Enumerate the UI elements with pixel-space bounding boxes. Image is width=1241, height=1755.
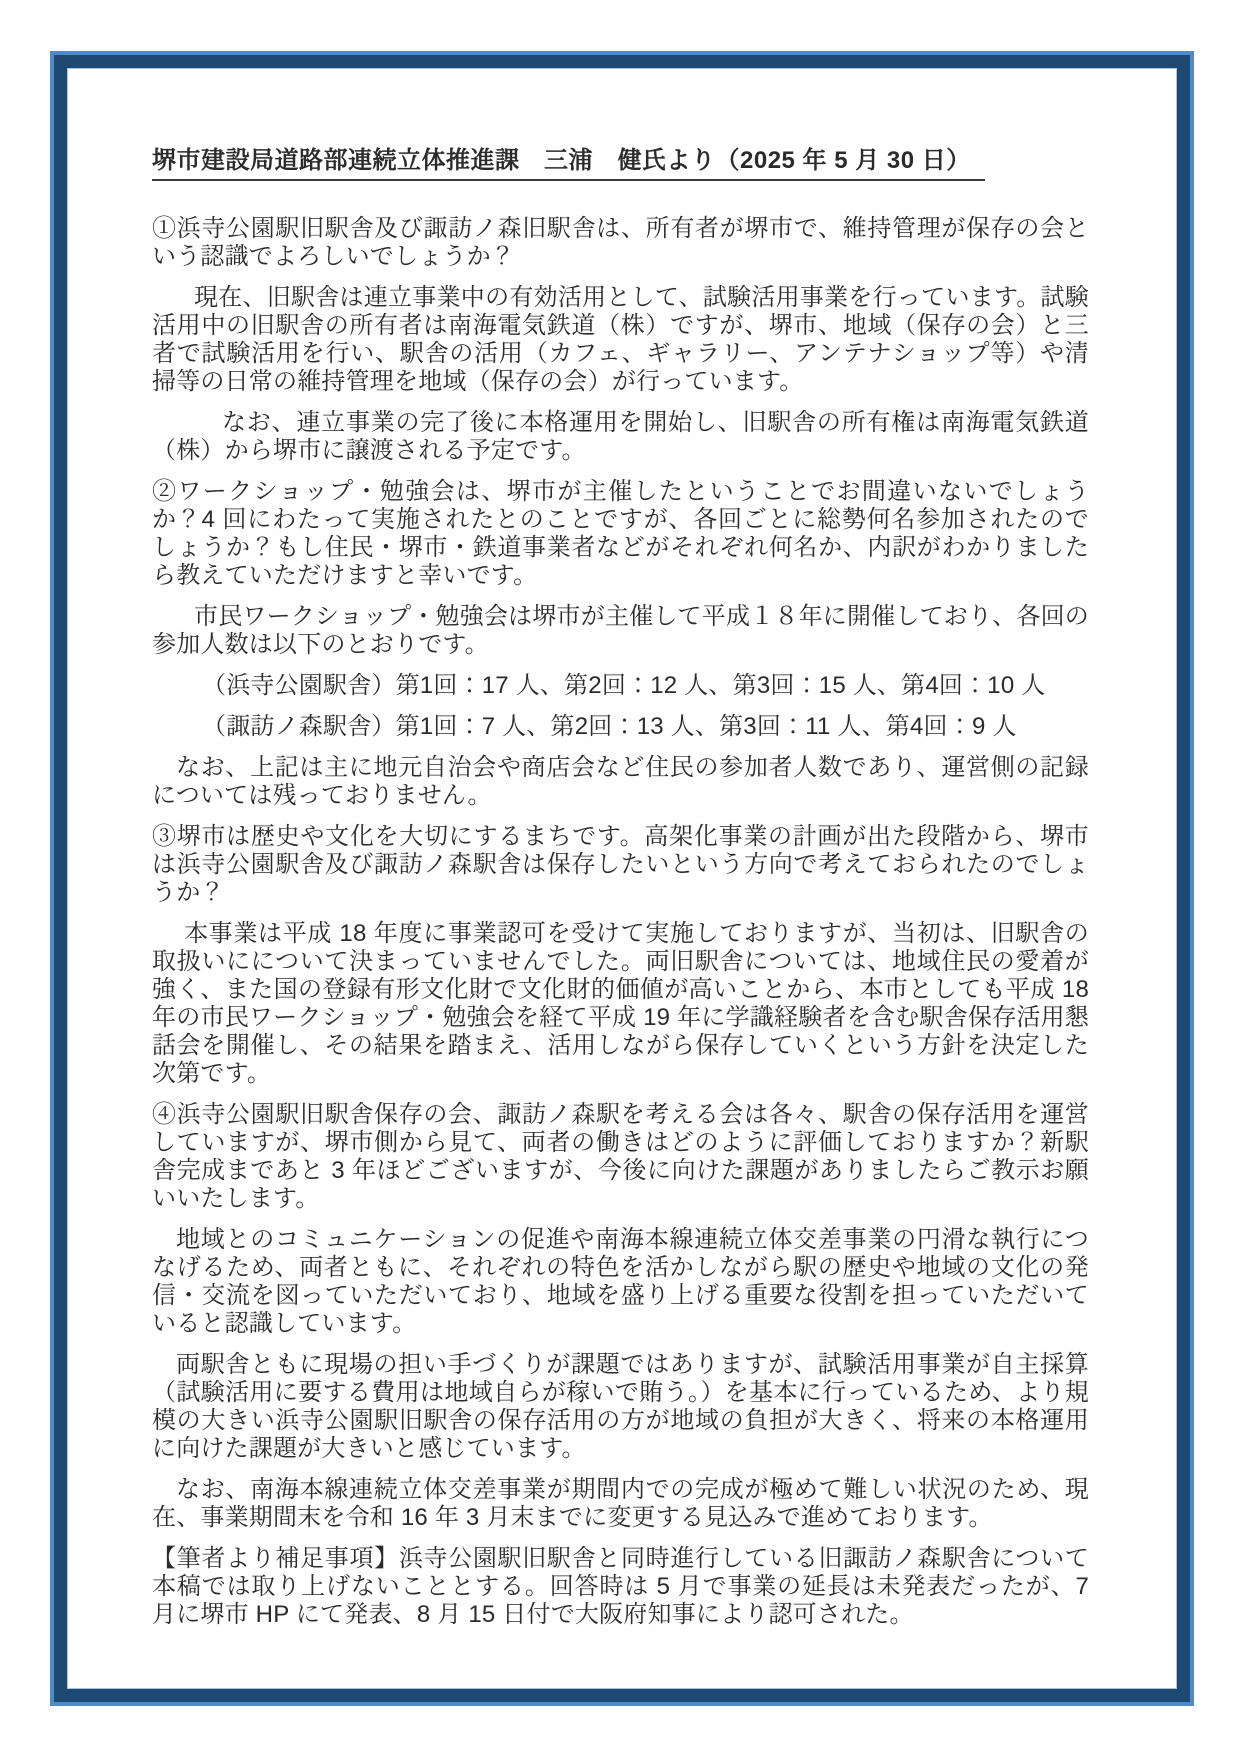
question-1: ①浜寺公園駅旧駅舎及び諏訪ノ森旧駅舎は、所有者が堺市で、維持管理が保存の会という… (152, 215, 1089, 271)
answer-4c: なお、南海本線連続立体交差事業が期間内での完成が極めて難しい状況のため、現在、事… (152, 1476, 1089, 1532)
author-note: 【筆者より補足事項】浜寺公園駅旧駅舎と同時進行している旧諏訪ノ森駅舎について本稿… (152, 1545, 1089, 1629)
question-2: ②ワークショップ・勉強会は、堺市が主催したということでお間違いないでしょうか？4… (152, 478, 1089, 590)
answer-1b: なお、連立事業の完了後に本格運用を開始し、旧駅舎の所有権は南海電気鉄道（株）から… (152, 409, 1089, 465)
answer-1a: 現在、旧駅舎は連立事業中の有効活用として、試験活用事業を行っています。試験活用中… (152, 284, 1089, 396)
answer-2-data-hamadera: （浜寺公園駅舎）第1回：17 人、第2回：12 人、第3回：15 人、第4回：1… (152, 672, 1089, 700)
question-4: ④浜寺公園駅旧駅舎保存の会、諏訪ノ森駅を考える会は各々、駅舎の保存活用を運営して… (152, 1101, 1089, 1213)
document-page: 堺市建設局道路部連続立体推進課 三浦 健氏より（2025 年 5 月 30 日）… (0, 0, 1241, 1755)
answer-4a: 地域とのコミュニケーションの促進や南海本線連続立体交差事業の円滑な執行につなげる… (152, 1226, 1089, 1338)
answer-4b: 両駅舎ともに現場の担い手づくりが課題ではありますが、試験活用事業が自主採算（試験… (152, 1351, 1089, 1463)
answer-2b: なお、上記は主に地元自治会や商店会など住民の参加者人数であり、運営側の記録につい… (152, 754, 1089, 810)
question-3: ③堺市は歴史や文化を大切にするまちです。高架化事業の計画が出た段階から、堺市は浜… (152, 823, 1089, 907)
answer-2-data-suwanomori: （諏訪ノ森駅舎）第1回：7 人、第2回：13 人、第3回：11 人、第4回：9 … (152, 713, 1089, 741)
answer-2a: 市民ワークショップ・勉強会は堺市が主催して平成１８年に開催しており、各回の参加人… (152, 603, 1089, 659)
answer-3: 本事業は平成 18 年度に事業認可を受けて実施しておりますが、当初は、旧駅舎の取… (152, 920, 1089, 1088)
document-title: 堺市建設局道路部連続立体推進課 三浦 健氏より（2025 年 5 月 30 日） (152, 146, 985, 181)
document-body: 堺市建設局道路部連続立体推進課 三浦 健氏より（2025 年 5 月 30 日）… (152, 146, 1089, 1642)
